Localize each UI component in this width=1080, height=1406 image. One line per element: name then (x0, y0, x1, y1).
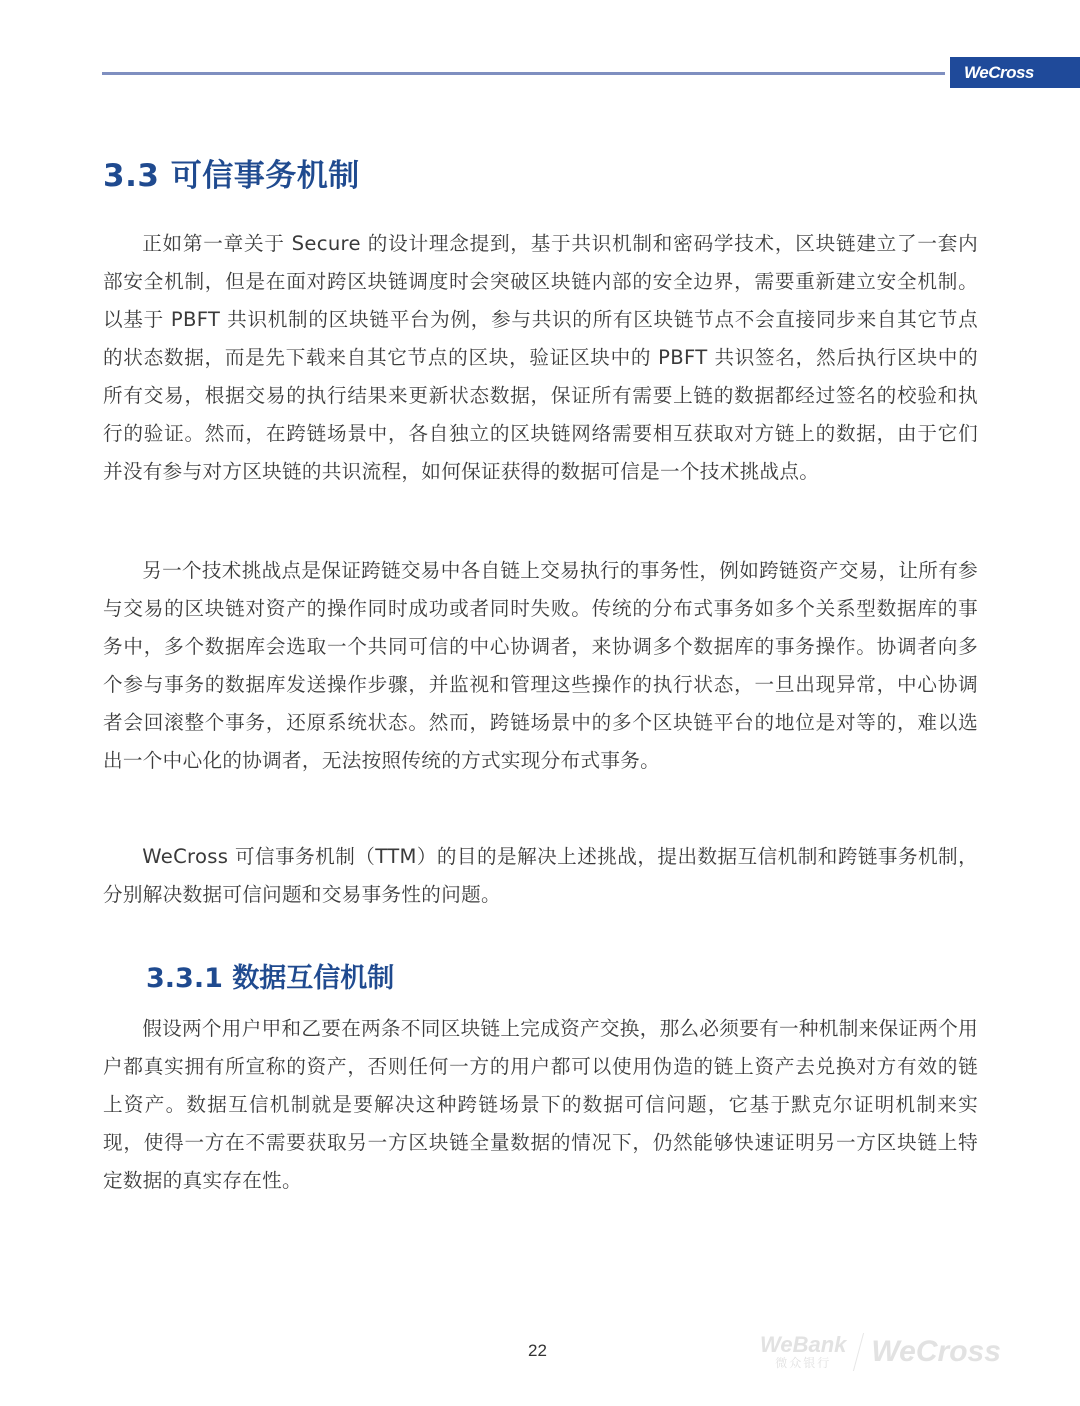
page-number: 22 (528, 1341, 547, 1361)
webank-logo-en: WeBank (760, 1334, 846, 1356)
section-paragraph-2: 另一个技术挑战点是保证跨链交易中各自链上交易执行的事务性，例如跨链资产交易，让所… (103, 552, 978, 780)
header-wecross-logo: WeCross (950, 57, 1080, 88)
footer-logos: WeBank 微众银行 WeCross (760, 1330, 1001, 1374)
footer-wecross-logo: WeCross (871, 1335, 1001, 1369)
subsection-paragraph-1: 假设两个用户甲和乙要在两条不同区块链上完成资产交换，那么必须要有一种机制来保证两… (103, 1010, 978, 1200)
section-paragraph-3: WeCross 可信事务机制（TTM）的目的是解决上述挑战，提出数据互信机制和跨… (103, 838, 978, 914)
header-rule (102, 72, 945, 75)
section-paragraph-1: 正如第一章关于 Secure 的设计理念提到，基于共识机制和密码学技术，区块链建… (103, 225, 978, 491)
webank-logo: WeBank 微众银行 (760, 1334, 846, 1370)
subsection-title: 3.3.1 数据互信机制 (146, 956, 394, 995)
webank-logo-zh: 微众银行 (775, 1356, 831, 1370)
footer-divider (853, 1333, 864, 1371)
section-title: 3.3 可信事务机制 (103, 150, 360, 195)
